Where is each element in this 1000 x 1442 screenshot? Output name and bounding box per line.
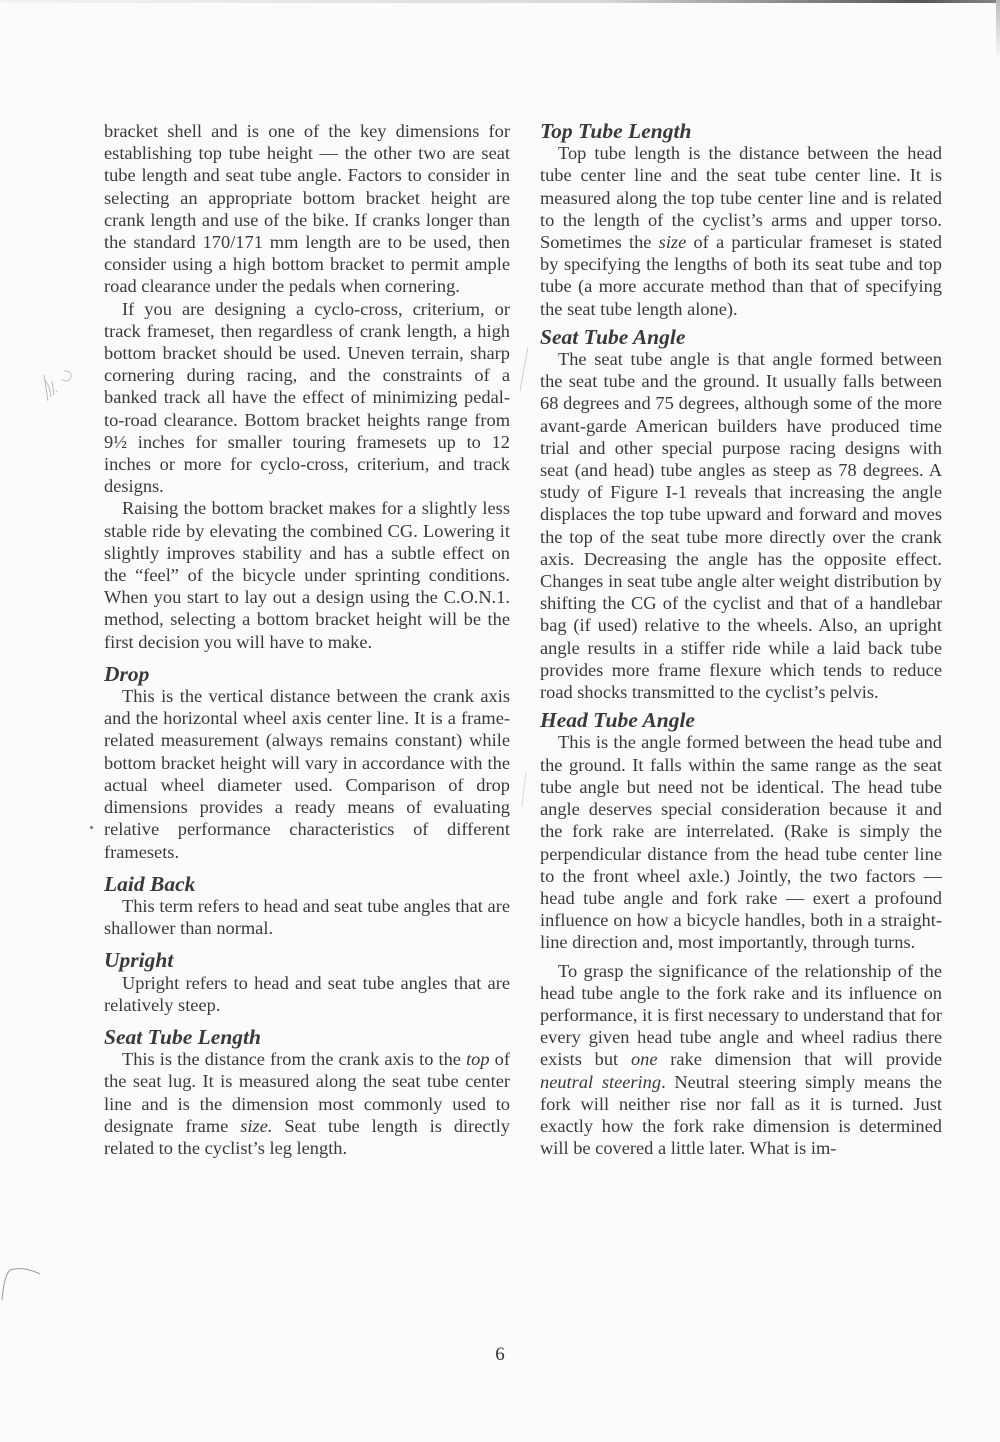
paragraph-neutral-steering: To grasp the significance of the relatio… — [540, 960, 942, 1160]
emphasis-top: top — [466, 1049, 490, 1069]
pencil-stroke-gutter-lower — [508, 770, 538, 810]
emphasis-size: size. — [240, 1116, 272, 1136]
heading-head-tube-angle: Head Tube Angle — [540, 709, 942, 731]
paragraph-seat-tube-angle: The seat tube angle is that angle formed… — [540, 348, 942, 703]
heading-seat-tube-angle: Seat Tube Angle — [540, 326, 942, 348]
paragraph-head-tube-angle: This is the angle formed between the hea… — [540, 731, 942, 953]
left-column: bracket shell and is one of the key dime… — [104, 120, 510, 1159]
right-column: Top Tube Length Top tube length is the d… — [540, 120, 942, 1159]
paragraph-upright: Upright refers to head and seat tube ang… — [104, 972, 510, 1016]
paragraph-top-tube-length: Top tube length is the distance between … — [540, 142, 942, 320]
emphasis-one: one — [631, 1049, 658, 1069]
paragraph-drop: This is the vertical distance between th… — [104, 685, 510, 863]
pencil-curve-mark-left — [0, 1262, 45, 1302]
handwritten-initials-mark — [30, 365, 80, 415]
emphasis-size: size — [659, 232, 687, 252]
page-top-edge — [0, 0, 1000, 3]
pencil-stroke-gutter — [508, 345, 538, 395]
heading-seat-tube-length: Seat Tube Length — [104, 1026, 510, 1048]
paragraph-bottom-bracket-continued: bracket shell and is one of the key dime… — [104, 120, 510, 298]
text-run: rake dimension that will provide — [658, 1049, 943, 1069]
paragraph-seat-tube-length: This is the distance from the crank axis… — [104, 1048, 510, 1159]
paragraph-cyclo-cross: If you are designing a cyclo-cross, crit… — [104, 298, 510, 498]
heading-top-tube-length: Top Tube Length — [540, 120, 942, 142]
stray-dot-mark — [90, 826, 93, 829]
heading-upright: Upright — [104, 949, 510, 971]
paragraph-raising-bracket: Raising the bottom bracket makes for a s… — [104, 497, 510, 652]
paragraph-laid-back: This term refers to head and seat tube a… — [104, 895, 510, 939]
heading-laid-back: Laid Back — [104, 873, 510, 895]
emphasis-neutral-steering: neutral steering — [540, 1072, 661, 1092]
page-number: 6 — [0, 1344, 1000, 1366]
text-run: This is the distance from the crank axis… — [122, 1049, 466, 1069]
page-right-edge-shadow — [996, 0, 1000, 60]
heading-drop: Drop — [104, 663, 510, 685]
